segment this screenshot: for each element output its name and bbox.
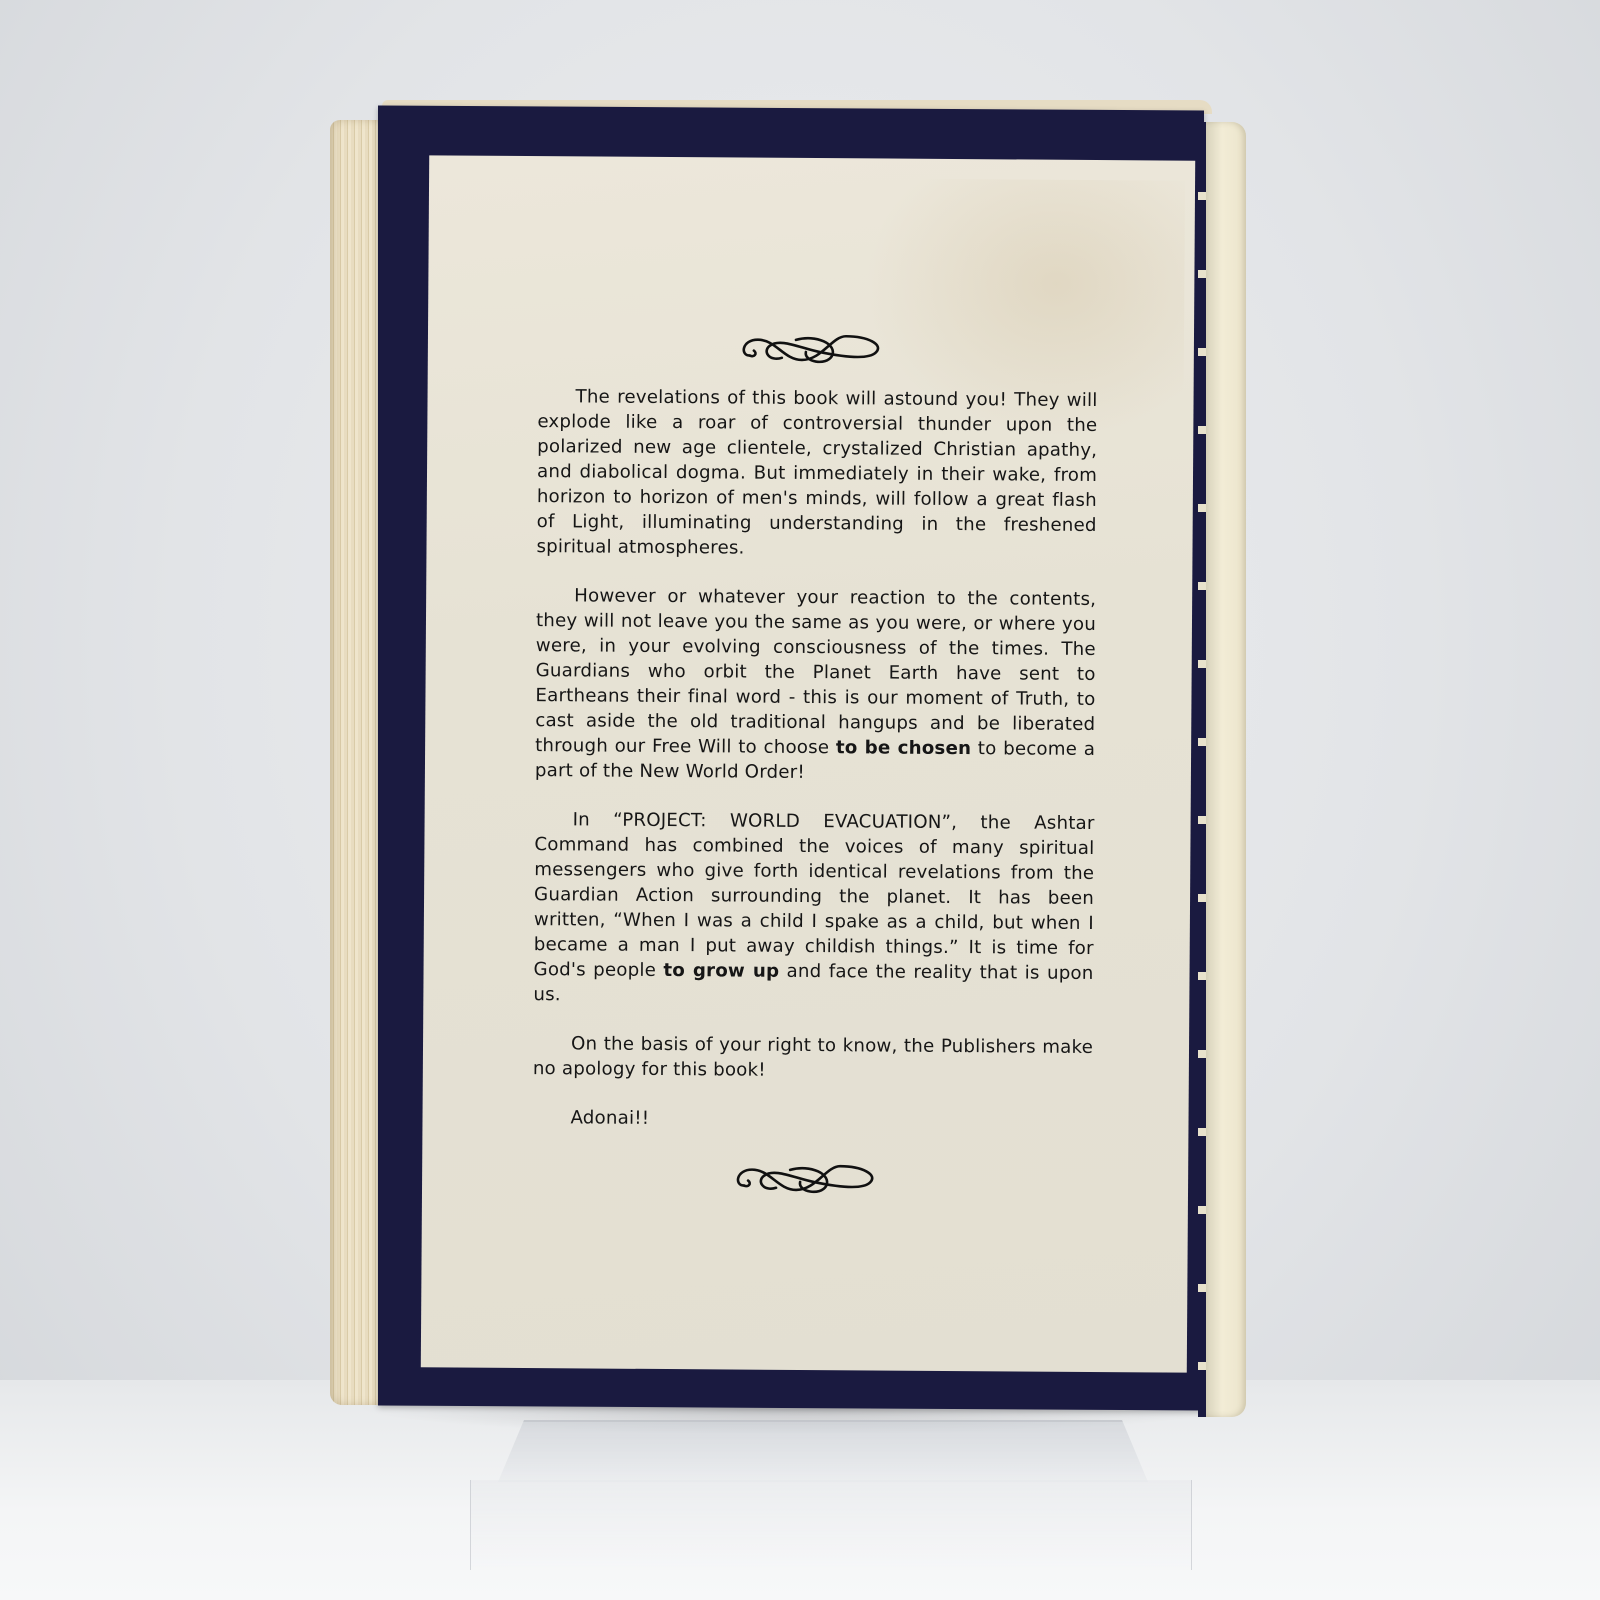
flourish-ornament-bottom-icon — [730, 1155, 880, 1200]
emphasis-text: to be chosen — [836, 737, 971, 759]
emphasis-text: to grow up — [663, 960, 779, 982]
blurb-paragraph: However or whatever your reaction to the… — [535, 583, 1096, 787]
book: The revelations of this book will astoun… — [330, 100, 1250, 1415]
acrylic-stand-lip — [498, 1420, 1148, 1482]
blurb-text: The revelations of this book will astoun… — [532, 384, 1097, 1158]
back-cover-panel: The revelations of this book will astoun… — [421, 155, 1195, 1372]
blurb-paragraph: On the basis of your right to know, the … — [533, 1031, 1093, 1085]
blurb-paragraph: The revelations of this book will astoun… — [536, 384, 1097, 563]
acrylic-stand-base — [470, 1480, 1192, 1570]
flourish-ornament-top-icon — [736, 325, 886, 370]
signoff: Adonai!! — [532, 1105, 1092, 1134]
book-spine — [1206, 122, 1246, 1417]
blurb-paragraph: In “PROJECT: WORLD EVACUATION”, the Asht… — [533, 807, 1094, 1011]
